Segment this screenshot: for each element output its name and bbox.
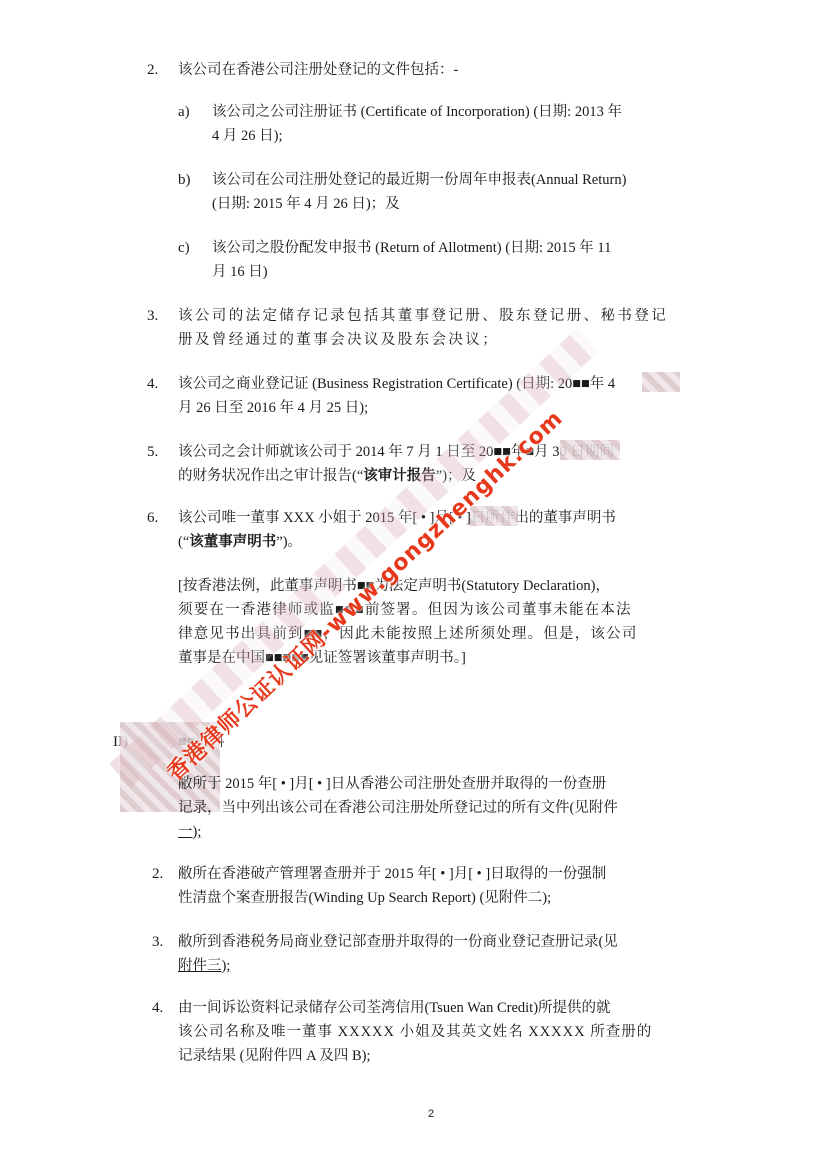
item-text: 由一间诉讼资料记录储存公司荃湾信用(Tsuen Wan Credit)所提供的就 <box>178 996 611 1020</box>
item-number: 6. <box>147 506 158 530</box>
subitem-label: b) <box>178 168 191 192</box>
item-text: 记录结果 (见附件四 A 及四 B); <box>178 1044 371 1068</box>
item-text: 册及曾经通过的董事会决议及股东会决议； <box>178 328 499 352</box>
redaction-blur <box>560 440 620 460</box>
text-segment: (“ <box>178 534 189 550</box>
redaction-blur <box>642 372 680 392</box>
subitem-text: 4 月 26 日); <box>212 124 282 148</box>
subitem-text: 月 16 日) <box>212 260 268 284</box>
item-number: 5. <box>147 440 158 464</box>
subitem-text: 该公司之公司注册证书 (Certificate of Incorporation… <box>212 100 692 124</box>
item-text: 敝所到香港税务局商业登记部查册并取得的一份商业登记查册记录(见 <box>178 930 618 954</box>
item-text: 记录，当中列出该公司在香港公司注册处所登记过的所有文件(见附件 <box>178 796 618 820</box>
subitem-label: c) <box>178 236 190 260</box>
text-segment: ”)。 <box>276 534 302 550</box>
subitem-text: 该公司之股份配发申报书 (Return of Allotment) (日期: 2… <box>212 236 611 260</box>
item-text: 该公司名称及唯一董事 XXXXX 小姐及其英文姓名 XXXXX 所查册的 <box>178 1020 652 1044</box>
defined-term: 该董事声明书 <box>189 534 276 550</box>
page-number: 2 <box>428 1108 434 1120</box>
item-text: 敝所在香港破产管理署查册并于 2015 年[ • ]月[ • ]日取得的一份强制 <box>178 862 606 886</box>
item-text: 该公司的法定储存记录包括其董事登记册、股东登记册、秘书登记 <box>178 304 668 328</box>
item-text: (“该董事声明书”)。 <box>178 530 302 554</box>
item-text: 月 26 日至 2016 年 4 月 25 日); <box>178 396 368 420</box>
annex-link[interactable]: 一); <box>178 820 201 844</box>
document-page: 2. 该公司在香港公司注册处登记的文件包括：- a) 该公司之公司注册证书 (C… <box>0 0 827 1169</box>
annex-link[interactable]: 附件三); <box>178 954 230 978</box>
item-text: 该公司在香港公司注册处登记的文件包括：- <box>178 58 458 82</box>
item-number: 3. <box>147 304 158 328</box>
subitem-text: (日期: 2015 年 4 月 26 日)；及 <box>212 192 400 216</box>
note-text: 须要在一香港律师或监■■■前签署。但因为该公司董事未能在本法 <box>178 598 632 622</box>
item-text: 性清盘个案查册报告(Winding Up Search Report) (见附件… <box>178 886 551 910</box>
subitem-label: a) <box>178 100 190 124</box>
subitem-text: 该公司在公司注册处登记的最近期一份周年申报表(Annual Return) <box>212 168 626 192</box>
item-number: 4. <box>152 996 163 1020</box>
item-text: 敝所于 2015 年[ • ]月[ • ]日从香港公司注册处查册并取得的一份查册 <box>178 772 606 796</box>
item-number: 2. <box>147 58 158 82</box>
item-number: 3. <box>152 930 163 954</box>
item-number: 2. <box>152 862 163 886</box>
text-segment: 的财务状况作出之审计报告(“ <box>178 468 363 484</box>
item-number: 4. <box>147 372 158 396</box>
